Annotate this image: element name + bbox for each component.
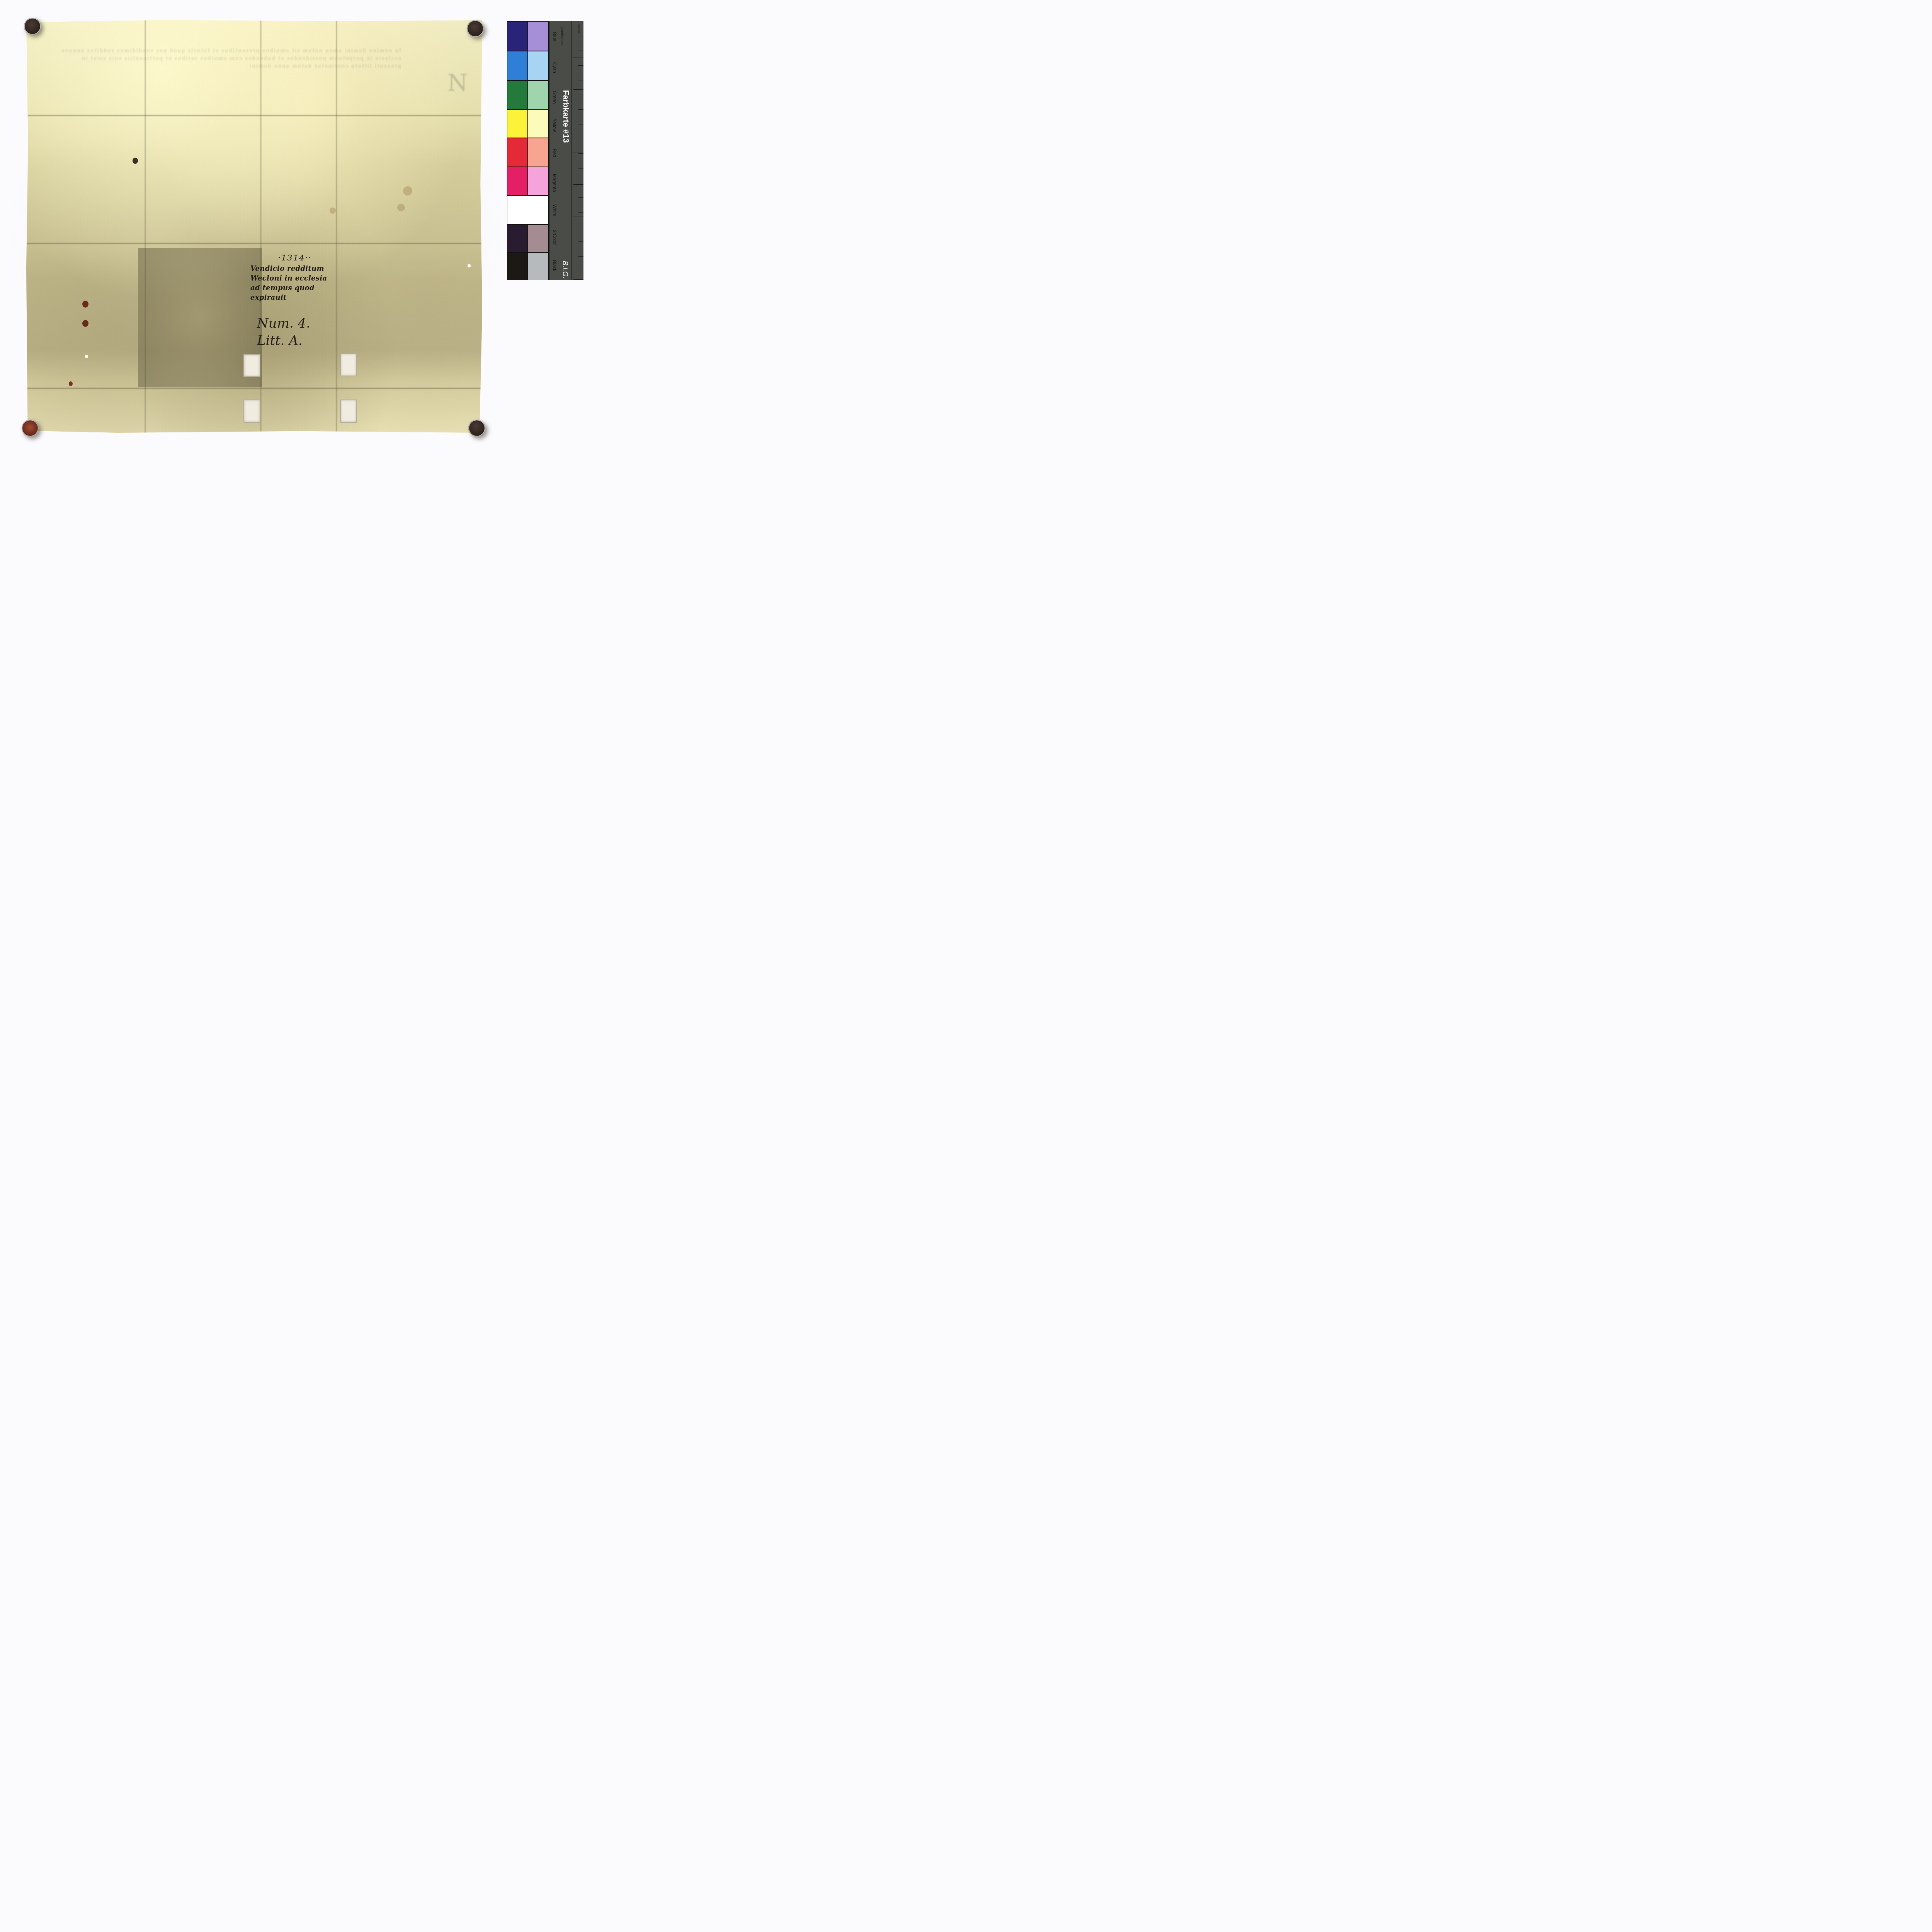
endorsement-year: ·1314·· [250, 253, 339, 262]
swatch-3color-light [528, 224, 549, 253]
swatch-black-dark [507, 253, 528, 280]
label-yellow: Yellow [552, 119, 557, 132]
fold-line-horizontal [26, 242, 482, 245]
swatch-magenta-dark [507, 167, 528, 196]
swatch-blue-dark [507, 21, 528, 51]
bleed-through-initial: N [447, 70, 468, 97]
swatch-black-light [528, 253, 549, 280]
inches-label: Inches [577, 24, 581, 34]
parchment-hole [85, 355, 88, 358]
swatch-green-dark [507, 80, 528, 110]
card-brand: B.I.G. [561, 261, 569, 279]
label-3color: 3/Color [552, 230, 557, 245]
swatch-yellow-light [528, 110, 549, 138]
label-red: Red [552, 149, 557, 157]
rust-stain [82, 320, 88, 327]
label-green: Green [552, 91, 557, 104]
endorsement-line: Vendicio redditum [250, 264, 339, 274]
endorsement-line: Wecloni in ecclesia [250, 274, 339, 283]
water-stain [330, 207, 336, 214]
bleed-through-text: In nomine domini amen notum sit omnibus … [61, 47, 401, 136]
magnet-pin-bottom-left [22, 420, 39, 437]
ink-stain [133, 158, 138, 164]
fold-line-vertical [335, 20, 338, 433]
fold-line-horizontal [26, 387, 482, 389]
rust-stain [82, 301, 88, 308]
seal-tag-slit [243, 354, 260, 377]
seal-tag-slit [243, 400, 260, 423]
centimetres-label: Centimetres [560, 27, 564, 46]
magnet-pin-top-right [467, 20, 484, 37]
signature-litt: Litt. A. [257, 332, 310, 350]
rust-stain [69, 381, 73, 386]
parchment-document: In nomine domini amen notum sit omnibus … [26, 20, 482, 433]
seal-tag-slit [340, 353, 357, 376]
swatch-green-light [528, 80, 549, 110]
label-black: Black [552, 260, 557, 271]
endorsement-line: ad tempus quod expirauit [250, 283, 339, 303]
swatch-red-dark [507, 138, 528, 167]
card-scale-strip: Blue Cyan Green Yellow Red Magenta White… [549, 21, 583, 280]
ruler-scale: Inches [571, 21, 583, 280]
seal-tag-slit [340, 400, 357, 423]
fold-line-horizontal [26, 114, 482, 117]
label-cyan: Cyan [552, 62, 557, 73]
swatch-red-light [528, 138, 549, 167]
label-white: White [552, 204, 557, 216]
color-reference-card: Blue Cyan Green Yellow Red Magenta White… [507, 21, 583, 280]
swatch-magenta-light [528, 167, 549, 196]
color-swatches [507, 21, 549, 280]
magnet-pin-top-left [24, 18, 41, 35]
water-stain [403, 186, 412, 196]
archival-signature-number: Num. 4. Litt. A. [257, 315, 310, 350]
swatch-cyan-dark [507, 51, 528, 80]
card-title: Farbkarte #13 [561, 90, 570, 143]
label-magenta: Magenta [552, 174, 557, 192]
water-stain [397, 204, 405, 211]
swatch-white [507, 196, 549, 224]
parchment-hole [468, 264, 471, 267]
magnet-pin-bottom-right [468, 420, 485, 437]
swatch-blue-light [528, 21, 549, 51]
swatch-3color-dark [507, 224, 528, 253]
archival-endorsement-medieval: ·1314·· Vendicio redditum Wecloni in ecc… [250, 253, 339, 303]
label-blue: Blue [552, 32, 557, 41]
signature-num: Num. 4. [257, 315, 310, 332]
swatch-cyan-light [528, 51, 549, 80]
swatch-yellow-dark [507, 110, 528, 138]
